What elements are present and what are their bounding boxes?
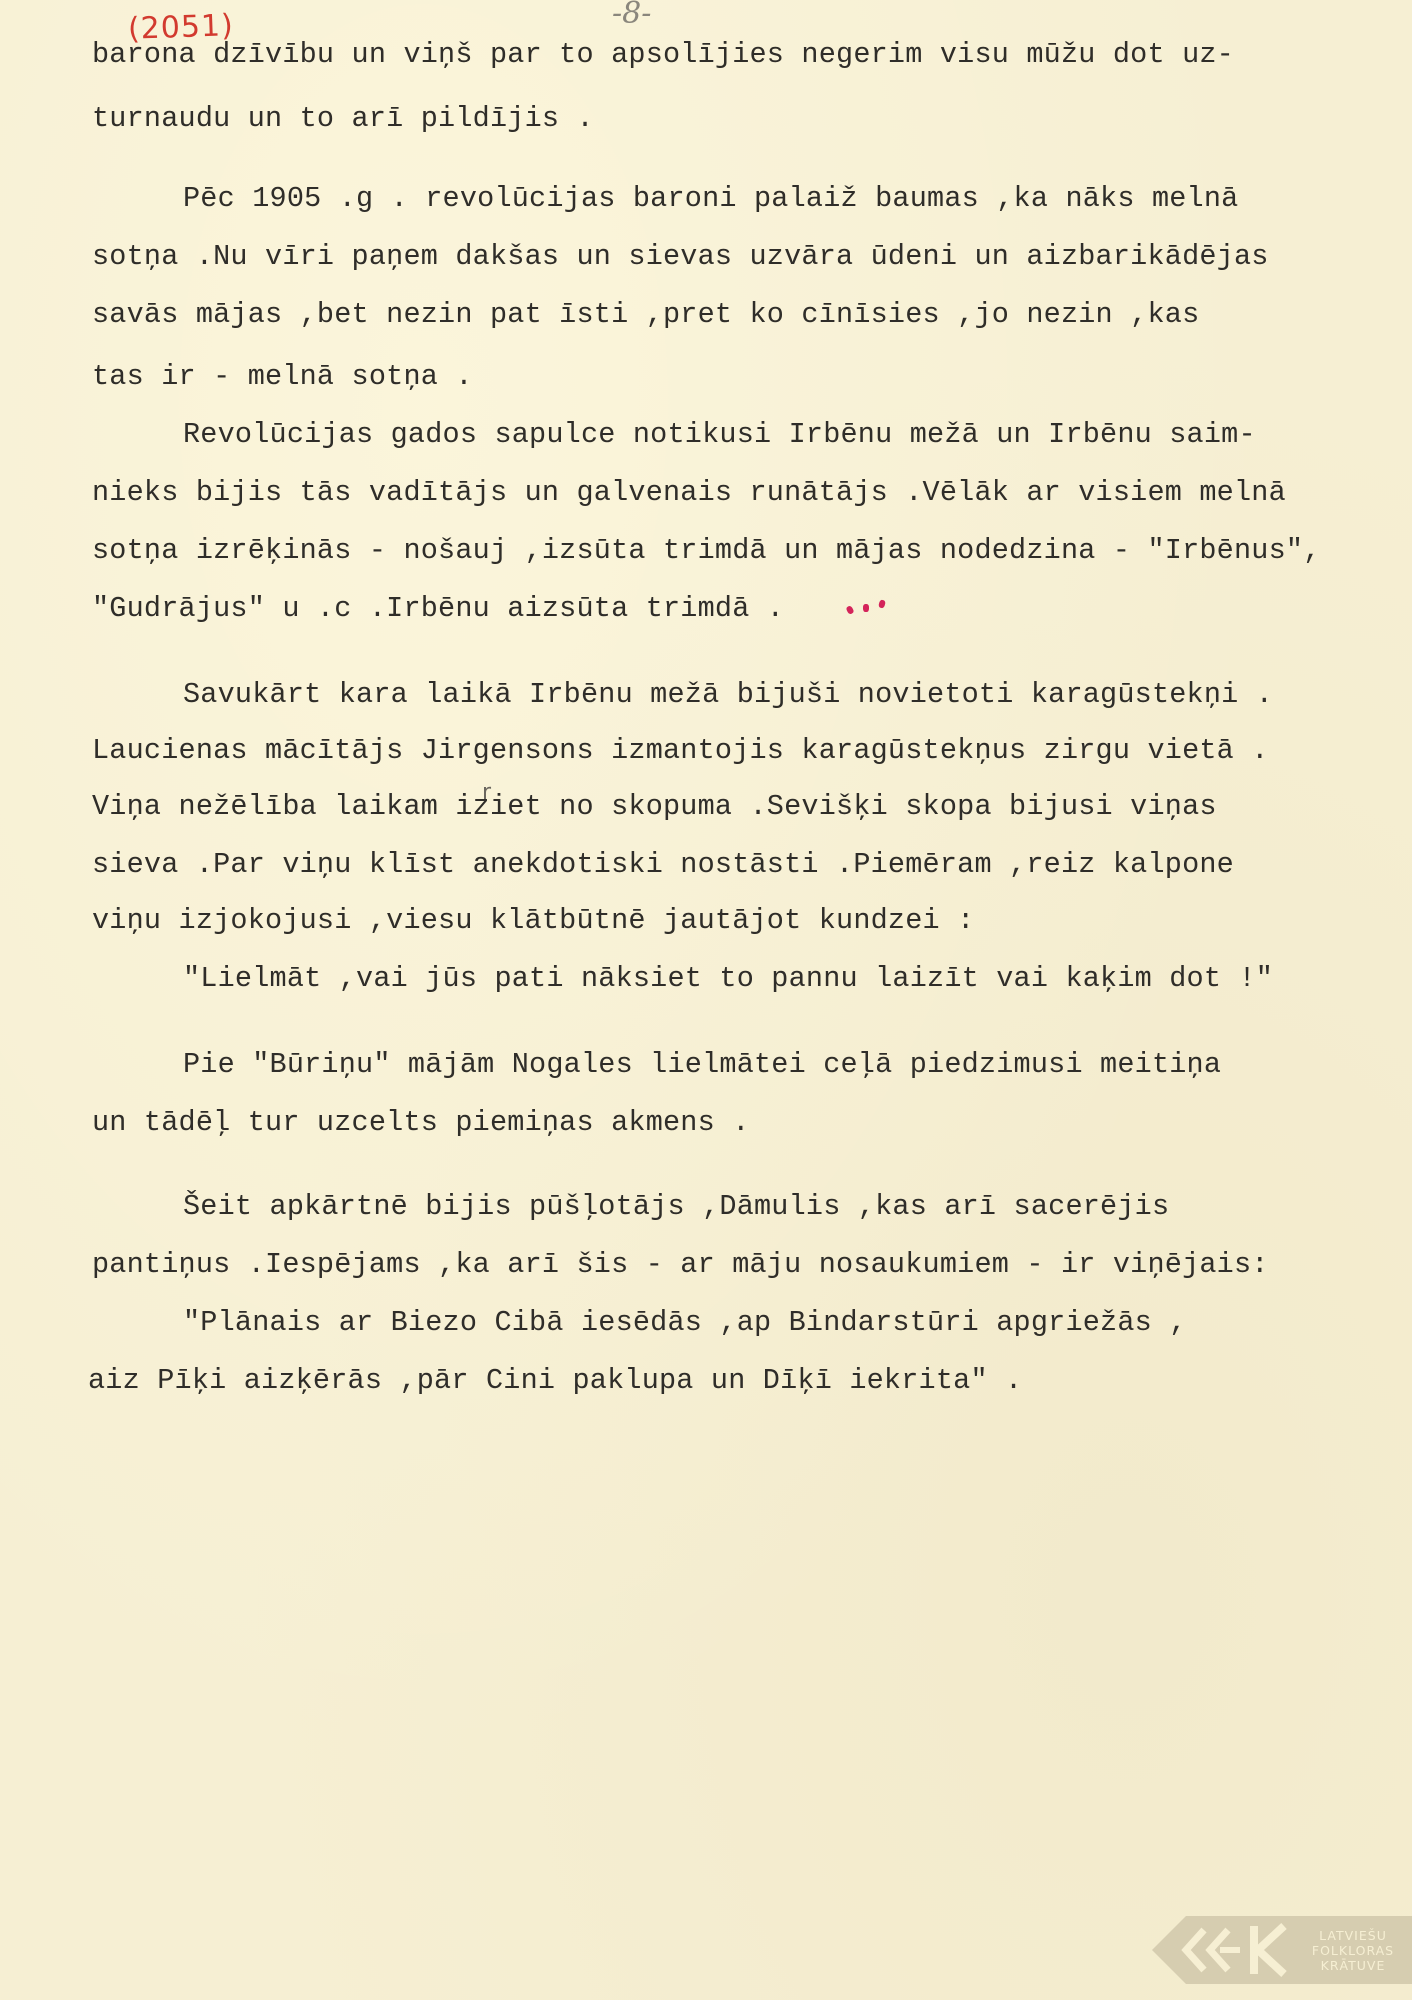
text-line: aiz Pīķi aizķērās ,pār Cini paklupa un D… [88, 1364, 1022, 1398]
text-line: barona dzīvību un viņš par to apsolījies… [92, 38, 1234, 72]
text-line: Revolūcijas gados sapulce notikusi Irbēn… [183, 418, 1256, 452]
text-line: "Gudrājus" u .c .Irbēnu aizsūta trimdā . [92, 592, 784, 626]
red-pencil-marks [845, 598, 905, 618]
text-line: sieva .Par viņu klīst anekdotiski nostās… [92, 848, 1234, 882]
handwritten-correction: r [482, 780, 491, 805]
text-line: nieks bijis tās vadītājs un galvenais ru… [92, 476, 1286, 510]
text-line: Viņa nežēlība laikam iziet no skopuma .S… [92, 790, 1217, 824]
text-line: "Lielmāt ,vai jūs pati nāksiet to pannu … [183, 962, 1273, 996]
text-line: Šeit apkārtnē bijis pūšļotājs ,Dāmulis ,… [183, 1190, 1169, 1224]
logo-line-1: LATVIEŠU [1305, 1928, 1401, 1943]
text-line: sotņa .Nu vīri paņem dakšas un sievas uz… [92, 240, 1269, 274]
logo-line-2: FOLKLORAS [1305, 1943, 1401, 1958]
text-line: "Plānais ar Biezo Cibā iesēdās ,ap Binda… [183, 1306, 1187, 1340]
text-line: Laucienas mācītājs Jirgensons izmantojis… [92, 734, 1269, 768]
page-number: -8- [612, 0, 651, 31]
archive-logo-text: LATVIEŠU FOLKLORAS KRĀTUVE [1305, 1928, 1401, 1973]
text-line: turnaudu un to arī pildījis . [92, 102, 594, 136]
text-line: pantiņus .Iespējams ,ka arī šis - ar māj… [92, 1248, 1269, 1282]
text-line: un tādēļ tur uzcelts piemiņas akmens . [92, 1106, 750, 1140]
logo-line-3: KRĀTUVE [1305, 1958, 1401, 1973]
text-line: Pie "Būriņu" mājām Nogales lielmātei ceļ… [183, 1048, 1221, 1082]
document-page: (2051) -8- barona dzīvību un viņš par to… [0, 0, 1412, 2000]
text-line: viņu izjokojusi ,viesu klātbūtnē jautājo… [92, 904, 974, 938]
text-line: savās mājas ,bet nezin pat īsti ,pret ko… [92, 298, 1199, 332]
text-line: Savukārt kara laikā Irbēnu mežā bijuši n… [183, 678, 1273, 712]
text-line: tas ir - melnā sotņa . [92, 360, 473, 394]
text-line: Pēc 1905 .g . revolūcijas baroni palaiž … [183, 182, 1238, 216]
text-line: sotņa izrēķinās - nošauj ,izsūta trimdā … [92, 534, 1321, 568]
